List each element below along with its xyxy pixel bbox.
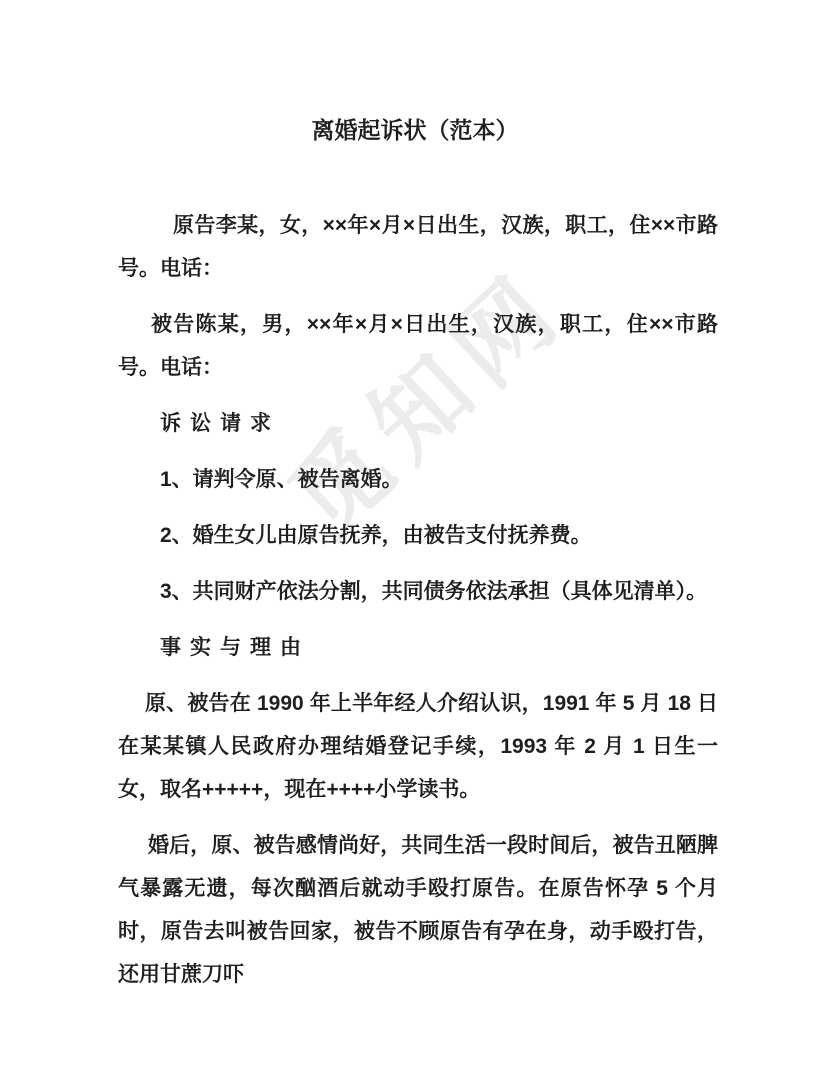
- paragraph-plaintiff-info: 原告李某，女，××年×月×日出生，汉族，职工，住××市路号。电话：: [118, 204, 718, 290]
- document-page: 觅知网 离婚起诉状（范本） 原告李某，女，××年×月×日出生，汉族，职工，住××…: [0, 0, 830, 1074]
- document-title: 离婚起诉状（范本）: [0, 116, 830, 144]
- paragraph-facts-2: 婚后，原、被告感情尚好，共同生活一段时间后，被告丑陋脾气暴露无遗，每次酗酒后就动…: [118, 824, 718, 996]
- section-heading-facts: 事实与理由: [118, 626, 718, 669]
- paragraph-facts-1: 原、被告在 1990 年上半年经人介绍认识，1991 年 5 月 18 日在某某…: [118, 682, 718, 811]
- claim-item-2: 2、婚生女儿由原告抚养，由被告支付抚养费。: [118, 514, 718, 557]
- claim-item-3: 3、共同财产依法分割，共同债务依法承担（具体见清单）。: [118, 570, 718, 613]
- paragraph-defendant-info: 被告陈某，男，××年×月×日出生，汉族，职工，住××市路号。电话：: [118, 303, 718, 389]
- document-body: 原告李某，女，××年×月×日出生，汉族，职工，住××市路号。电话： 被告陈某，男…: [118, 204, 718, 996]
- claim-item-1: 1、请判令原、被告离婚。: [118, 458, 718, 501]
- section-heading-claims: 诉讼请求: [118, 402, 718, 445]
